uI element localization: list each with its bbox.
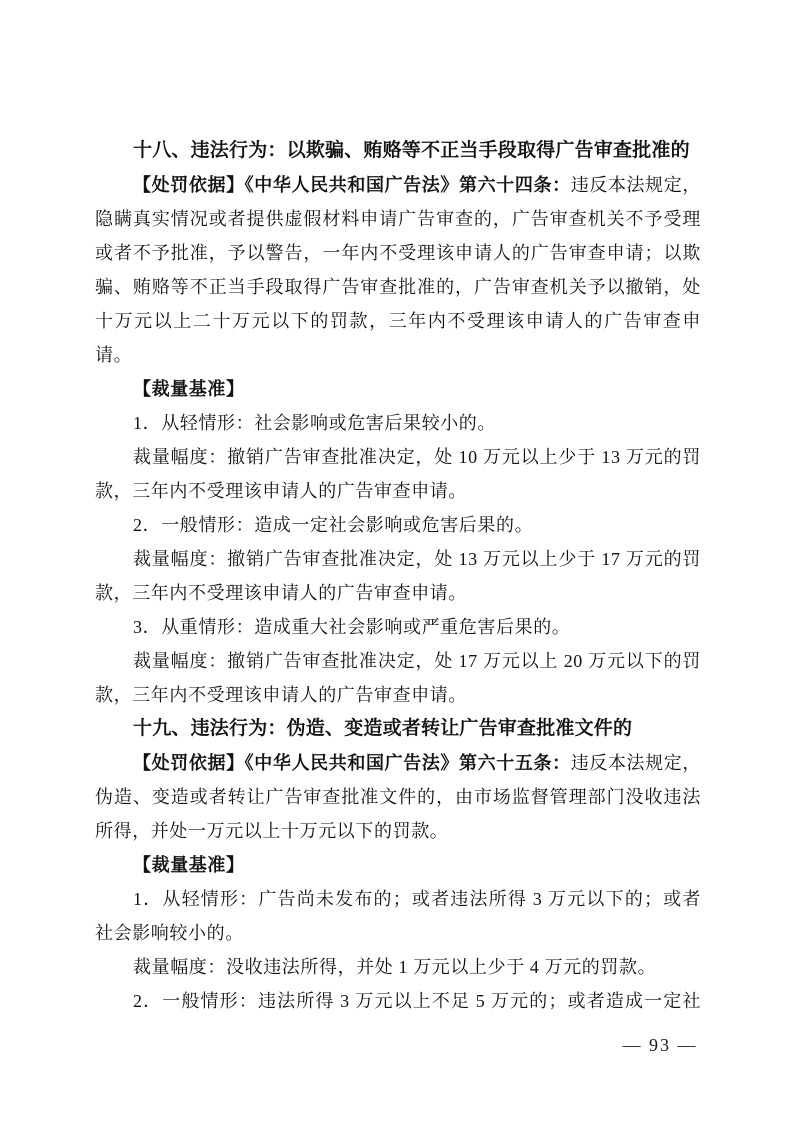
line-text: 请。 xyxy=(95,345,132,365)
line-text: 2．一般情形：违法所得 3 万元以上不足 5 万元的；或者造成一定社 xyxy=(133,991,701,1011)
line-text: 2．一般情形：造成一定社会影响或危害后果的。 xyxy=(133,515,533,535)
section-heading: 十九、违法行为：伪造、变造或者转让广告审查批准文件的 xyxy=(95,712,701,746)
text-line: 3．从重情形：造成重大社会影响或严重危害后果的。 xyxy=(95,610,701,644)
text-line: 裁量幅度：撤销广告审查批准决定，处 13 万元以上少于 17 万元的罚 xyxy=(95,542,701,576)
line-text: 裁量幅度：撤销广告审查批准决定，处 10 万元以上少于 13 万元的罚 xyxy=(133,447,701,467)
document-page: 十八、违法行为：以欺骗、贿赂等不正当手段取得广告审查批准的【处罚依据】《中华人民… xyxy=(0,0,793,1122)
text-line: 所得，并处一万元以上十万元以下的罚款。 xyxy=(95,814,701,848)
bold-label: 【裁量基准】 xyxy=(133,379,245,399)
line-text: 十九、违法行为：伪造、变造或者转让广告审查批准文件的 xyxy=(133,718,632,739)
text-line: 【处罚依据】《中华人民共和国广告法》第六十四条：违反本法规定， xyxy=(95,168,701,202)
bold-label: 【处罚依据】《中华人民共和国广告法》第六十四条： xyxy=(133,175,571,195)
text-line: 2．一般情形：违法所得 3 万元以上不足 5 万元的；或者造成一定社 xyxy=(95,984,701,1018)
line-text: 款，三年内不受理该申请人的广告审查申请。 xyxy=(95,481,467,501)
bold-label: 【裁量基准】 xyxy=(133,855,245,875)
text-line: 或者不予批准，予以警告，一年内不受理该申请人的广告审查申请；以欺 xyxy=(95,236,701,270)
text-line: 十万元以上二十万元以下的罚款，三年内不受理该申请人的广告审查申 xyxy=(95,304,701,338)
line-text: 裁量幅度：撤销广告审查批准决定，处 17 万元以上 20 万元以下的罚 xyxy=(133,651,701,671)
text-line: 伪造、变造或者转让广告审查批准文件的，由市场监督管理部门没收违法 xyxy=(95,780,701,814)
text-line: 隐瞒真实情况或者提供虚假材料申请广告审查的，广告审查机关不予受理 xyxy=(95,202,701,236)
line-text: 违反本法规定， xyxy=(571,175,701,195)
text-line: 裁量幅度：撤销广告审查批准决定，处 10 万元以上少于 13 万元的罚 xyxy=(95,440,701,474)
document-text-block: 十八、违法行为：以欺骗、贿赂等不正当手段取得广告审查批准的【处罚依据】《中华人民… xyxy=(95,134,701,1018)
line-text: 伪造、变造或者转让广告审查批准文件的，由市场监督管理部门没收违法 xyxy=(95,787,701,807)
text-line: 请。 xyxy=(95,338,701,372)
text-line: 1．从轻情形：广告尚未发布的；或者违法所得 3 万元以下的；或者 xyxy=(95,882,701,916)
text-line: 社会影响较小的。 xyxy=(95,916,701,950)
line-text: 十八、违法行为：以欺骗、贿赂等不正当手段取得广告审查批准的 xyxy=(133,140,690,161)
line-text: 所得，并处一万元以上十万元以下的罚款。 xyxy=(95,821,448,841)
text-line: 骗、贿赂等不正当手段取得广告审查批准的，广告审查机关予以撤销，处 xyxy=(95,270,701,304)
line-text: 社会影响较小的。 xyxy=(95,923,244,943)
line-text: 裁量幅度：撤销广告审查批准决定，处 13 万元以上少于 17 万元的罚 xyxy=(133,549,701,569)
line-text: 裁量幅度：没收违法所得，并处 1 万元以上少于 4 万元的罚款。 xyxy=(133,957,656,977)
text-line: 裁量幅度：没收违法所得，并处 1 万元以上少于 4 万元的罚款。 xyxy=(95,950,701,984)
text-line: 1．从轻情形：社会影响或危害后果较小的。 xyxy=(95,406,701,440)
line-text: 骗、贿赂等不正当手段取得广告审查批准的，广告审查机关予以撤销，处 xyxy=(95,277,701,297)
section-heading: 十八、违法行为：以欺骗、贿赂等不正当手段取得广告审查批准的 xyxy=(95,134,701,168)
bold-label: 【处罚依据】《中华人民共和国广告法》第六十五条： xyxy=(133,753,571,773)
text-line: 款，三年内不受理该申请人的广告审查申请。 xyxy=(95,678,701,712)
text-line: 裁量幅度：撤销广告审查批准决定，处 17 万元以上 20 万元以下的罚 xyxy=(95,644,701,678)
line-text: 3．从重情形：造成重大社会影响或严重危害后果的。 xyxy=(133,617,570,637)
line-text: 十万元以上二十万元以下的罚款，三年内不受理该申请人的广告审查申 xyxy=(95,311,701,331)
text-line: 【处罚依据】《中华人民共和国广告法》第六十五条：违反本法规定， xyxy=(95,746,701,780)
text-line: 款，三年内不受理该申请人的广告审查申请。 xyxy=(95,576,701,610)
text-line: 【裁量基准】 xyxy=(95,848,701,882)
page-number: — 93 — xyxy=(612,1030,708,1060)
line-text: 或者不予批准，予以警告，一年内不受理该申请人的广告审查申请；以欺 xyxy=(95,243,701,263)
line-text: 1．从轻情形：社会影响或危害后果较小的。 xyxy=(133,413,496,433)
line-text: 违反本法规定， xyxy=(571,753,701,773)
line-text: 隐瞒真实情况或者提供虚假材料申请广告审查的，广告审查机关不予受理 xyxy=(95,209,701,229)
text-line: 2．一般情形：造成一定社会影响或危害后果的。 xyxy=(95,508,701,542)
line-text: 1．从轻情形：广告尚未发布的；或者违法所得 3 万元以下的；或者 xyxy=(133,889,701,909)
line-text: 款，三年内不受理该申请人的广告审查申请。 xyxy=(95,583,467,603)
text-line: 款，三年内不受理该申请人的广告审查申请。 xyxy=(95,474,701,508)
text-line: 【裁量基准】 xyxy=(95,372,701,406)
line-text: 款，三年内不受理该申请人的广告审查申请。 xyxy=(95,685,467,705)
